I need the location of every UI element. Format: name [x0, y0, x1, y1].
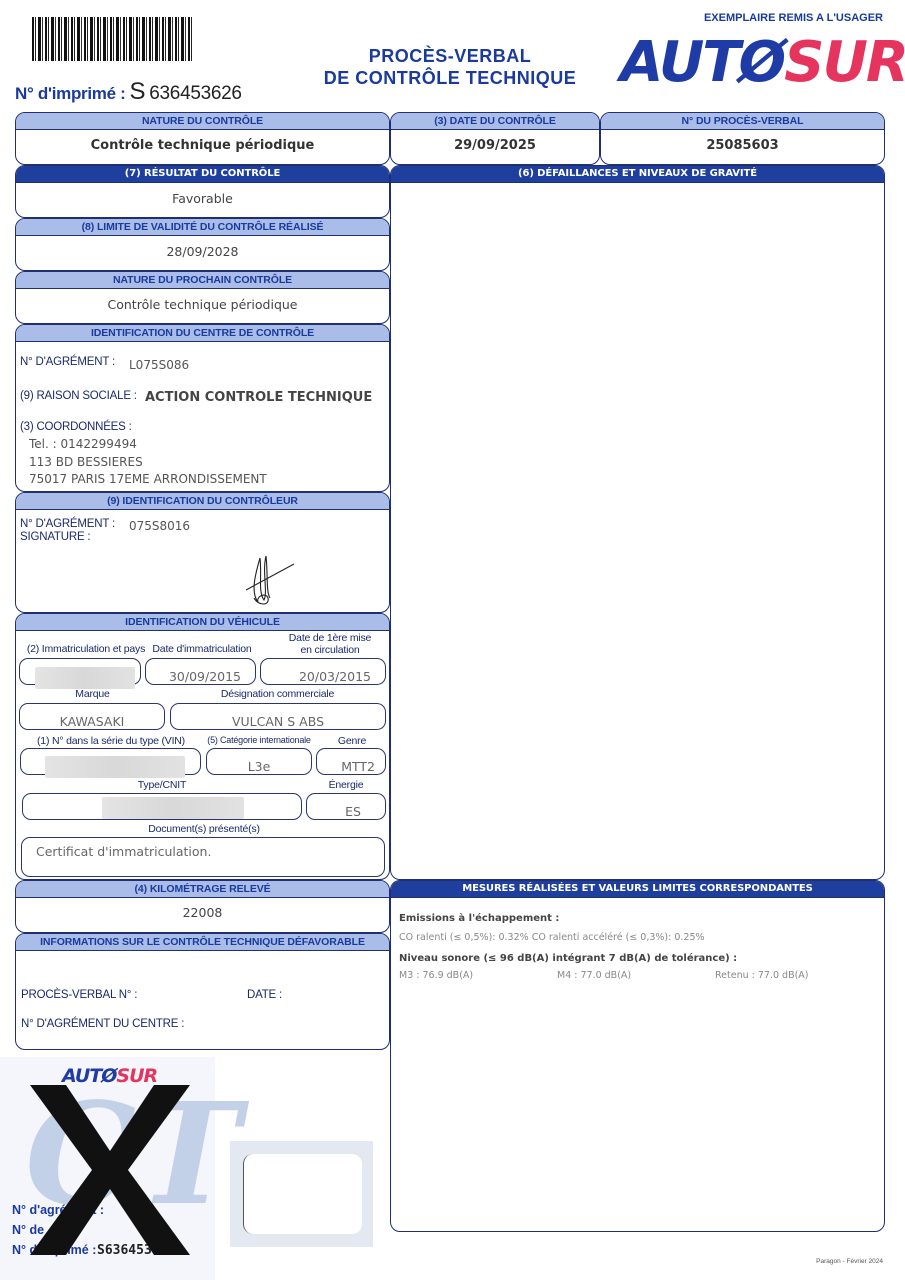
redacted-type-cnit: [102, 797, 244, 819]
prochain-controle-value: Contrôle technique périodique: [16, 289, 389, 321]
section-header: NATURE DU CONTRÔLE: [16, 113, 389, 130]
kilometrage-box: (4) KILOMÉTRAGE RELEVÉ 22008: [15, 880, 390, 933]
autosur-logo: AUTØSUR: [620, 33, 905, 93]
numero-pv-box: N° DU PROCÈS-VERBAL 25085603: [600, 112, 885, 165]
section-header: N° DU PROCÈS-VERBAL: [601, 113, 884, 130]
categorie-label: (5) Catégorie internationale: [203, 735, 315, 745]
raison-sociale-label: (9) RAISON SOCIALE :: [20, 390, 137, 402]
immatriculation-label: (2) Immatriculation et pays: [24, 643, 148, 655]
nature-controle-box: NATURE DU CONTRÔLE Contrôle technique pé…: [15, 112, 390, 165]
section-header: MESURES RÉALISÉES ET VALEURS LIMITES COR…: [391, 881, 884, 898]
section-header: (4) KILOMÉTRAGE RELEVÉ: [16, 881, 389, 898]
stub-autosur-logo: AUTØSUR: [62, 1065, 157, 1087]
section-header: (8) LIMITE DE VALIDITÉ DU CONTRÔLE RÉALI…: [16, 219, 389, 236]
defavorable-date-label: DATE :: [247, 989, 282, 1001]
date-mise-circulation-field: 20/03/2015: [260, 658, 386, 685]
numero-pv-value: 25085603: [601, 130, 884, 162]
date-immatriculation-label: Date d'immatriculation: [148, 643, 256, 655]
nature-controle-value: Contrôle technique périodique: [16, 130, 389, 162]
documents-label: Document(s) présenté(s): [22, 823, 386, 835]
stub-logo-auto: AUT: [62, 1065, 101, 1087]
raison-sociale-value: ACTION CONTROLE TECHNIQUE: [145, 390, 372, 405]
logo-part-sur: SUR: [784, 30, 905, 95]
type-cnit-label: Type/CNIT: [22, 779, 302, 791]
coordonnees-label: (3) COORDONNÉES :: [20, 421, 132, 433]
centre-address-line-1: 113 BD BESSIERES: [29, 455, 143, 469]
stub-logo-o: Ø: [101, 1065, 116, 1087]
signature-icon: [240, 552, 300, 608]
large-x-mark-icon: [30, 1085, 190, 1255]
section-header: (7) RÉSULTAT DU CONTRÔLE: [16, 166, 389, 183]
document-title: PROCÈS-VERBAL DE CONTRÔLE TECHNIQUE: [310, 45, 590, 89]
defaillances-box: (6) DÉFAILLANCES ET NIVEAUX DE GRAVITÉ: [390, 165, 885, 880]
section-header: (6) DÉFAILLANCES ET NIVEAUX DE GRAVITÉ: [391, 166, 884, 183]
date-controle-box: (3) DATE DU CONTRÔLE 29/09/2025: [390, 112, 600, 165]
energie-label: Énergie: [306, 779, 386, 791]
marque-label: Marque: [20, 688, 165, 700]
redacted-vin: [45, 756, 185, 778]
logo-part-o: Ø: [739, 30, 785, 95]
limite-validite-value: 28/09/2028: [16, 236, 389, 268]
imprime-prefix: S: [130, 78, 146, 105]
vin-label: (1) N° dans la série du type (VIN): [20, 735, 202, 747]
prochain-controle-box: NATURE DU PROCHAIN CONTRÔLE Contrôle tec…: [15, 271, 390, 324]
vignette-window-cutout: [243, 1154, 362, 1234]
controleur-box: (9) IDENTIFICATION DU CONTRÔLEUR: [15, 492, 390, 613]
centre-agrement-value: L075S086: [129, 358, 189, 372]
limite-validite-box: (8) LIMITE DE VALIDITÉ DU CONTRÔLE RÉALI…: [15, 218, 390, 271]
logo-part-auto: AUT: [620, 30, 739, 95]
section-header: (3) DATE DU CONTRÔLE: [391, 113, 599, 130]
marque-field: KAWASAKI: [19, 703, 165, 730]
niveau-sonore-title: Niveau sonore (≤ 96 dB(A) intégrant 7 dB…: [399, 953, 737, 964]
section-header: NATURE DU PROCHAIN CONTRÔLE: [16, 272, 389, 289]
centre-address-line-2: 75017 PARIS 17EME ARRONDISSEMENT: [29, 472, 267, 486]
section-header: INFORMATIONS SUR LE CONTRÔLE TECHNIQUE D…: [16, 934, 389, 951]
stub-logo-sur: SUR: [116, 1065, 157, 1087]
designation-field: VULCAN S ABS: [170, 703, 386, 730]
section-header: IDENTIFICATION DU CENTRE DE CONTRÔLE: [16, 325, 389, 342]
energie-field: ES: [306, 793, 386, 820]
date-mise-label-2: en circulation: [280, 644, 380, 656]
centre-agrement-label: N° D'AGRÉMENT :: [20, 356, 115, 368]
section-header: IDENTIFICATION DU VÉHICULE: [16, 614, 389, 631]
documents-field: Certificat d'immatriculation.: [21, 837, 385, 877]
title-line-1: PROCÈS-VERBAL: [310, 45, 590, 67]
resultat-box: (7) RÉSULTAT DU CONTRÔLE Favorable: [15, 165, 390, 218]
imprime-label: N° d'imprimé :: [15, 84, 126, 103]
imprime-value: 636453626: [149, 83, 241, 104]
mesure-retenue: Retenu : 77.0 dB(A): [715, 970, 809, 981]
mesure-m3: M3 : 76.9 dB(A): [399, 970, 473, 981]
emissions-title: Emissions à l'échappement :: [399, 913, 559, 924]
exemplaire-label: EXEMPLAIRE REMIS A L'USAGER: [704, 12, 883, 24]
resultat-value: Favorable: [16, 183, 389, 215]
redacted-immatriculation: [35, 667, 135, 689]
footer-credit: Paragon - Février 2024: [816, 1258, 883, 1265]
date-controle-value: 29/09/2025: [391, 130, 599, 162]
centre-telephone: Tel. : 0142299494: [29, 437, 137, 451]
title-line-2: DE CONTRÔLE TECHNIQUE: [310, 67, 590, 89]
defavorable-agrement-label: N° D'AGRÉMENT DU CENTRE :: [21, 1018, 184, 1030]
mesure-m4: M4 : 77.0 dB(A): [557, 970, 631, 981]
date-immatriculation-field: 30/09/2015: [145, 658, 256, 685]
barcode-icon: [32, 17, 194, 61]
controleur-agrement-value: 075S8016: [129, 519, 190, 533]
genre-field: MTT2: [316, 748, 386, 775]
defavorable-pv-label: PROCÈS-VERBAL N° :: [21, 989, 137, 1001]
designation-label: Désignation commerciale: [170, 688, 385, 700]
categorie-field: L3e: [206, 748, 312, 775]
emissions-values: CO ralenti (≤ 0,5%): 0.32% CO ralenti ac…: [399, 932, 705, 943]
genre-label: Genre: [318, 735, 386, 747]
imprime-number: N° d'imprimé :S636453626: [15, 78, 242, 106]
date-mise-label: Date de 1ère mise: [280, 632, 380, 644]
kilometrage-value: 22008: [16, 898, 389, 928]
signature-label: SIGNATURE :: [20, 531, 90, 543]
section-header: (9) IDENTIFICATION DU CONTRÔLEUR: [16, 493, 389, 510]
controleur-agrement-label: N° D'AGRÉMENT :: [20, 518, 115, 530]
